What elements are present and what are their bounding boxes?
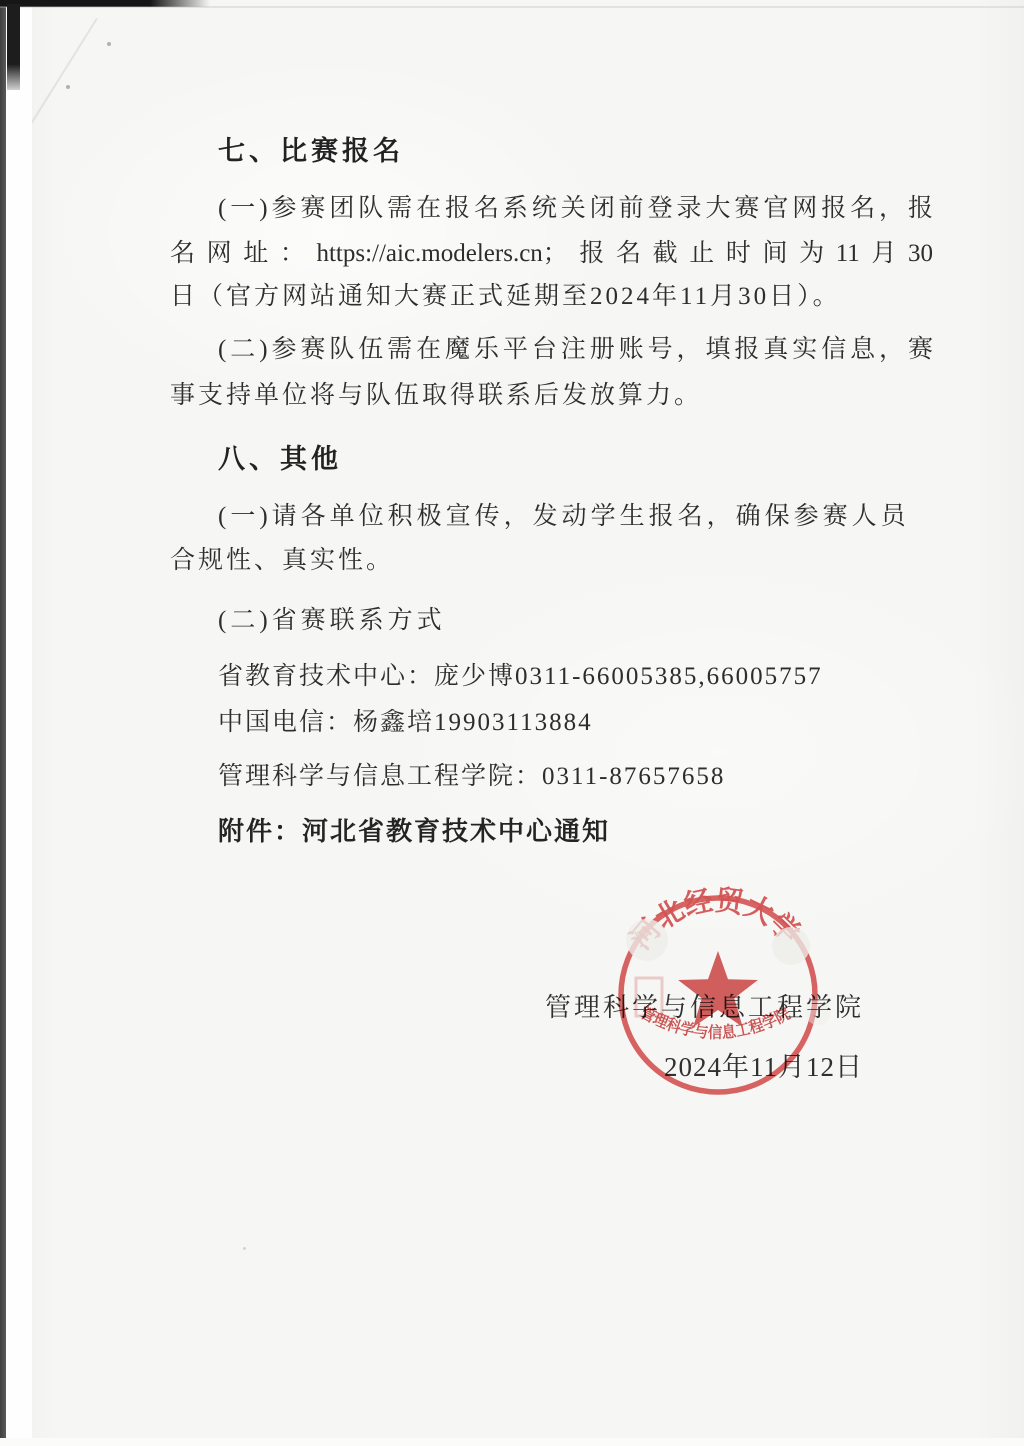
contact-education-center: 省教育技术中心：庞少博0311-66005385,66005757 — [218, 656, 823, 692]
paragraph1-line2-url: 名网址：https://aic.modelers.cn；报名截止时间为11月30 — [170, 233, 933, 269]
paragraph1-line3: 日（官方网站通知大赛正式延期至2024年11月30日）。 — [170, 276, 841, 312]
stamp-fade-patch — [805, 999, 831, 1025]
scan-top-line — [0, 6, 1024, 8]
stamp-star-icon — [678, 951, 758, 1027]
section-heading-other: 八、其他 — [218, 437, 342, 476]
official-seal-stamp: 河北经贸大学 管理科学与信息工程学院 — [600, 870, 850, 1120]
scan-speck — [66, 85, 70, 89]
paragraph2-line2: 事支持单位将与队伍取得联系后发放算力。 — [170, 375, 702, 411]
paragraph4-contact-heading: (二)省赛联系方式 — [218, 600, 446, 636]
stamp-fade-patch — [626, 919, 668, 961]
contact-college: 管理科学与信息工程学院：0311-87657658 — [218, 756, 725, 792]
attachment-note: 附件：河北省教育技术中心通知 — [218, 811, 610, 848]
stamp-fade-patch — [772, 927, 810, 965]
paragraph2-line1: (二)参赛队伍需在魔乐平台注册账号，填报真实信息，赛 — [218, 329, 933, 365]
scan-speck — [107, 42, 111, 46]
scan-bottom-band — [0, 1438, 1024, 1446]
contact-china-telecom: 中国电信：杨鑫培19903113884 — [218, 702, 593, 738]
paragraph3-line2: 合规性、真实性。 — [170, 540, 394, 576]
scan-gutter — [6, 0, 32, 1438]
section-heading-registration: 七、比赛报名 — [218, 129, 404, 168]
paragraph1-line1: (一)参赛团队需在报名系统关闭前登录大赛官网报名，报 — [218, 188, 933, 224]
scan-corner-mark — [7, 4, 20, 90]
paragraph3-line1: (一)请各单位积极宣传，发动学生报名，确保参赛人员 — [218, 496, 910, 532]
scan-speck — [243, 1247, 246, 1250]
